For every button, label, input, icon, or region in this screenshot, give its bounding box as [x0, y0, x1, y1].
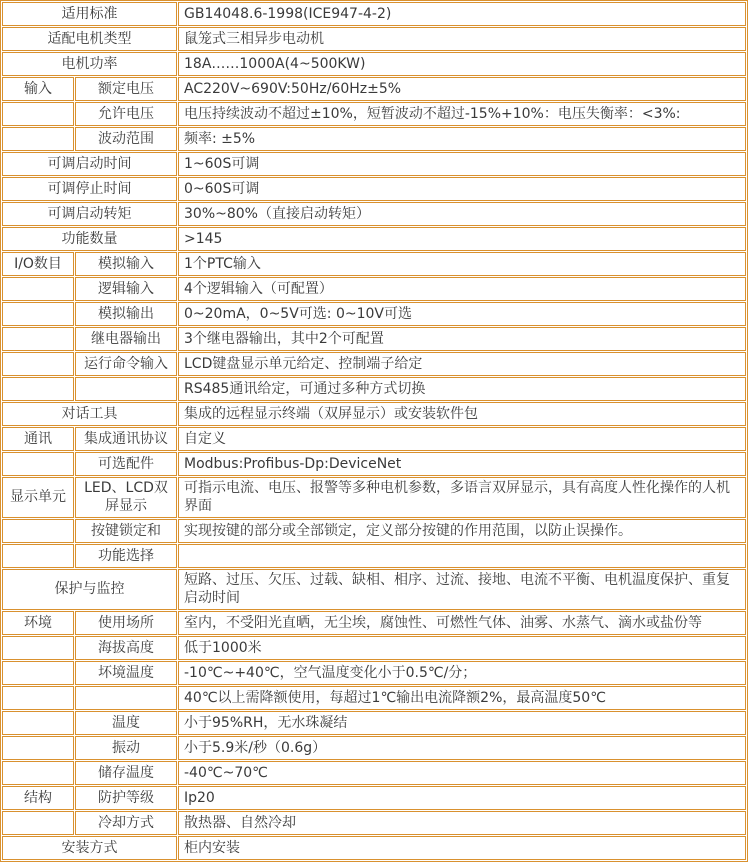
table-row: 对话工具集成的远程显示终端（双屏显示）或安装软件包: [2, 402, 746, 426]
table-row: 按键锁定和实现按键的部分或全部锁定，定义部分按键的作用范围，以防止误操作。: [2, 519, 746, 543]
spec-value-cell: -40℃~70℃: [178, 761, 746, 785]
spec-label-cell: 运行命令输入: [75, 352, 177, 376]
spec-label-cell: 对话工具: [2, 402, 177, 426]
spec-value-cell: 小于5.9米/秒（0.6g）: [178, 736, 746, 760]
spec-label-cell: 可调停止时间: [2, 177, 177, 201]
spec-label-cell: 集成通讯协议: [75, 427, 177, 451]
spec-label-cell: 可选配件: [75, 452, 177, 476]
spec-value-cell: 低于1000米: [178, 636, 746, 660]
spec-label-cell: 可调启动时间: [2, 152, 177, 176]
spec-label-cell: 功能选择: [75, 544, 177, 568]
table-row: 继电器输出3个继电器输出，其中2个可配置: [2, 327, 746, 351]
spec-table-body: 适用标准GB14048.6-1998(ICE947-4-2)适配电机类型鼠笼式三…: [2, 2, 746, 860]
spec-group-cell: [2, 102, 74, 126]
spec-value-cell: Modbus:Profibus-Dp:DeviceNet: [178, 452, 746, 476]
spec-value-cell: 鼠笼式三相异步电动机: [178, 27, 746, 51]
spec-label-cell: 波动范围: [75, 127, 177, 151]
spec-label-cell: [75, 377, 177, 401]
table-row: 安装方式柜内安装: [2, 836, 746, 860]
spec-value-cell: 频率: ±5%: [178, 127, 746, 151]
spec-group-cell: 结构: [2, 786, 74, 810]
spec-label-cell: 储存温度: [75, 761, 177, 785]
spec-group-cell: 通讯: [2, 427, 74, 451]
table-row: 振动小于5.9米/秒（0.6g）: [2, 736, 746, 760]
spec-label-cell: 适配电机类型: [2, 27, 177, 51]
spec-value-cell: 3个继电器输出，其中2个可配置: [178, 327, 746, 351]
spec-label-cell: 坏境温度: [75, 661, 177, 685]
table-row: 功能数量>145: [2, 227, 746, 251]
spec-value-cell: 0~20mA，0~5V可选: 0~10V可选: [178, 302, 746, 326]
table-row: 输入额定电压AC220V~690V:50Hz/60Hz±5%: [2, 77, 746, 101]
spec-group-cell: [2, 377, 74, 401]
spec-group-cell: [2, 544, 74, 568]
table-row: 海拔高度低于1000米: [2, 636, 746, 660]
spec-label-cell: 海拔高度: [75, 636, 177, 660]
spec-group-cell: [2, 127, 74, 151]
spec-value-cell: 集成的远程显示终端（双屏显示）或安装软件包: [178, 402, 746, 426]
spec-group-cell: [2, 352, 74, 376]
table-row: 允许电压电压持续波动不超过±10%，短暂波动不超过-15%+10%：电压失衡率：…: [2, 102, 746, 126]
table-row: 显示单元LED、LCD双屏显示可指示电流、电压、报警等多种电机参数，多语言双屏显…: [2, 477, 746, 518]
table-row: 可调停止时间0~60S可调: [2, 177, 746, 201]
spec-label-cell: 保护与监控: [2, 569, 177, 610]
table-row: 保护与监控短路、过压、欠压、过载、缺相、相序、过流、接地、电流不平衡、电机温度保…: [2, 569, 746, 610]
spec-group-cell: [2, 636, 74, 660]
table-row: 波动范围频率: ±5%: [2, 127, 746, 151]
spec-group-cell: [2, 452, 74, 476]
spec-label-cell: LED、LCD双屏显示: [75, 477, 177, 518]
spec-value-cell: 短路、过压、欠压、过载、缺相、相序、过流、接地、电流不平衡、电机温度保护、重复启…: [178, 569, 746, 610]
spec-value-cell: -10℃~+40℃，空气温度变化小于0.5℃/分；: [178, 661, 746, 685]
spec-value-cell: 1~60S可调: [178, 152, 746, 176]
spec-group-cell: 显示单元: [2, 477, 74, 518]
table-row: 电机功率18A……1000A(4~500KW): [2, 52, 746, 76]
spec-value-cell: 18A……1000A(4~500KW): [178, 52, 746, 76]
table-row: 适用标准GB14048.6-1998(ICE947-4-2): [2, 2, 746, 26]
spec-label-cell: 继电器输出: [75, 327, 177, 351]
spec-group-cell: [2, 661, 74, 685]
spec-label-cell: 振动: [75, 736, 177, 760]
table-row: I/O数目模拟输入1个PTC输入: [2, 252, 746, 276]
spec-table: 适用标准GB14048.6-1998(ICE947-4-2)适配电机类型鼠笼式三…: [0, 0, 748, 862]
table-row: 温度小于95%RH，无水珠凝结: [2, 711, 746, 735]
spec-group-cell: [2, 761, 74, 785]
table-row: 坏境温度-10℃~+40℃，空气温度变化小于0.5℃/分；: [2, 661, 746, 685]
table-row: RS485通讯给定，可通过多种方式切换: [2, 377, 746, 401]
table-row: 储存温度-40℃~70℃: [2, 761, 746, 785]
spec-group-cell: [2, 277, 74, 301]
spec-label-cell: 防护等级: [75, 786, 177, 810]
table-row: 40℃以上需降额使用，每超过1℃输出电流降额2%，最高温度50℃: [2, 686, 746, 710]
spec-value-cell: 可指示电流、电压、报警等多种电机参数，多语言双屏显示，具有高度人性化操作的人机界…: [178, 477, 746, 518]
spec-group-cell: [2, 327, 74, 351]
spec-value-cell: 4个逻辑输入（可配置）: [178, 277, 746, 301]
table-row: 适配电机类型鼠笼式三相异步电动机: [2, 27, 746, 51]
spec-group-cell: I/O数目: [2, 252, 74, 276]
table-row: 功能选择: [2, 544, 746, 568]
spec-value-cell: 散热器、自然冷却: [178, 811, 746, 835]
spec-label-cell: 可调启动转矩: [2, 202, 177, 226]
spec-label-cell: 功能数量: [2, 227, 177, 251]
spec-label-cell: 逻辑输入: [75, 277, 177, 301]
table-row: 冷却方式散热器、自然冷却: [2, 811, 746, 835]
table-row: 模拟输出0~20mA，0~5V可选: 0~10V可选: [2, 302, 746, 326]
spec-label-cell: 模拟输入: [75, 252, 177, 276]
table-row: 可选配件Modbus:Profibus-Dp:DeviceNet: [2, 452, 746, 476]
spec-group-cell: [2, 686, 74, 710]
table-row: 结构防护等级Ip20: [2, 786, 746, 810]
spec-label-cell: 温度: [75, 711, 177, 735]
spec-value-cell: >145: [178, 227, 746, 251]
spec-group-cell: [2, 302, 74, 326]
spec-value-cell: [178, 544, 746, 568]
table-row: 逻辑输入4个逻辑输入（可配置）: [2, 277, 746, 301]
spec-group-cell: [2, 519, 74, 543]
spec-value-cell: 30%~80%（直接启动转矩）: [178, 202, 746, 226]
spec-label-cell: 冷却方式: [75, 811, 177, 835]
spec-group-cell: 环境: [2, 611, 74, 635]
spec-value-cell: 室内，不受阳光直晒，无尘埃，腐蚀性、可燃性气体、油雾、水蒸气、滴水或盐份等: [178, 611, 746, 635]
spec-value-cell: GB14048.6-1998(ICE947-4-2): [178, 2, 746, 26]
spec-label-cell: [75, 686, 177, 710]
spec-group-cell: [2, 736, 74, 760]
spec-value-cell: AC220V~690V:50Hz/60Hz±5%: [178, 77, 746, 101]
spec-group-cell: 输入: [2, 77, 74, 101]
spec-group-cell: [2, 811, 74, 835]
spec-value-cell: 小于95%RH，无水珠凝结: [178, 711, 746, 735]
spec-label-cell: 使用场所: [75, 611, 177, 635]
spec-label-cell: 额定电压: [75, 77, 177, 101]
spec-value-cell: 电压持续波动不超过±10%，短暂波动不超过-15%+10%：电压失衡率：<3%:: [178, 102, 746, 126]
spec-label-cell: 按键锁定和: [75, 519, 177, 543]
spec-label-cell: 模拟输出: [75, 302, 177, 326]
spec-group-cell: [2, 711, 74, 735]
spec-value-cell: Ip20: [178, 786, 746, 810]
spec-label-cell: 适用标准: [2, 2, 177, 26]
spec-value-cell: 40℃以上需降额使用，每超过1℃输出电流降额2%，最高温度50℃: [178, 686, 746, 710]
spec-label-cell: 安装方式: [2, 836, 177, 860]
spec-value-cell: 柜内安装: [178, 836, 746, 860]
table-row: 可调启动转矩30%~80%（直接启动转矩）: [2, 202, 746, 226]
table-row: 可调启动时间1~60S可调: [2, 152, 746, 176]
spec-label-cell: 电机功率: [2, 52, 177, 76]
spec-value-cell: RS485通讯给定，可通过多种方式切换: [178, 377, 746, 401]
spec-value-cell: 自定义: [178, 427, 746, 451]
table-row: 环境使用场所室内，不受阳光直晒，无尘埃，腐蚀性、可燃性气体、油雾、水蒸气、滴水或…: [2, 611, 746, 635]
spec-label-cell: 允许电压: [75, 102, 177, 126]
table-row: 通讯集成通讯协议自定义: [2, 427, 746, 451]
spec-value-cell: 1个PTC输入: [178, 252, 746, 276]
spec-value-cell: 实现按键的部分或全部锁定，定义部分按键的作用范围，以防止误操作。: [178, 519, 746, 543]
spec-value-cell: 0~60S可调: [178, 177, 746, 201]
table-row: 运行命令输入LCD键盘显示单元给定、控制端子给定: [2, 352, 746, 376]
spec-value-cell: LCD键盘显示单元给定、控制端子给定: [178, 352, 746, 376]
